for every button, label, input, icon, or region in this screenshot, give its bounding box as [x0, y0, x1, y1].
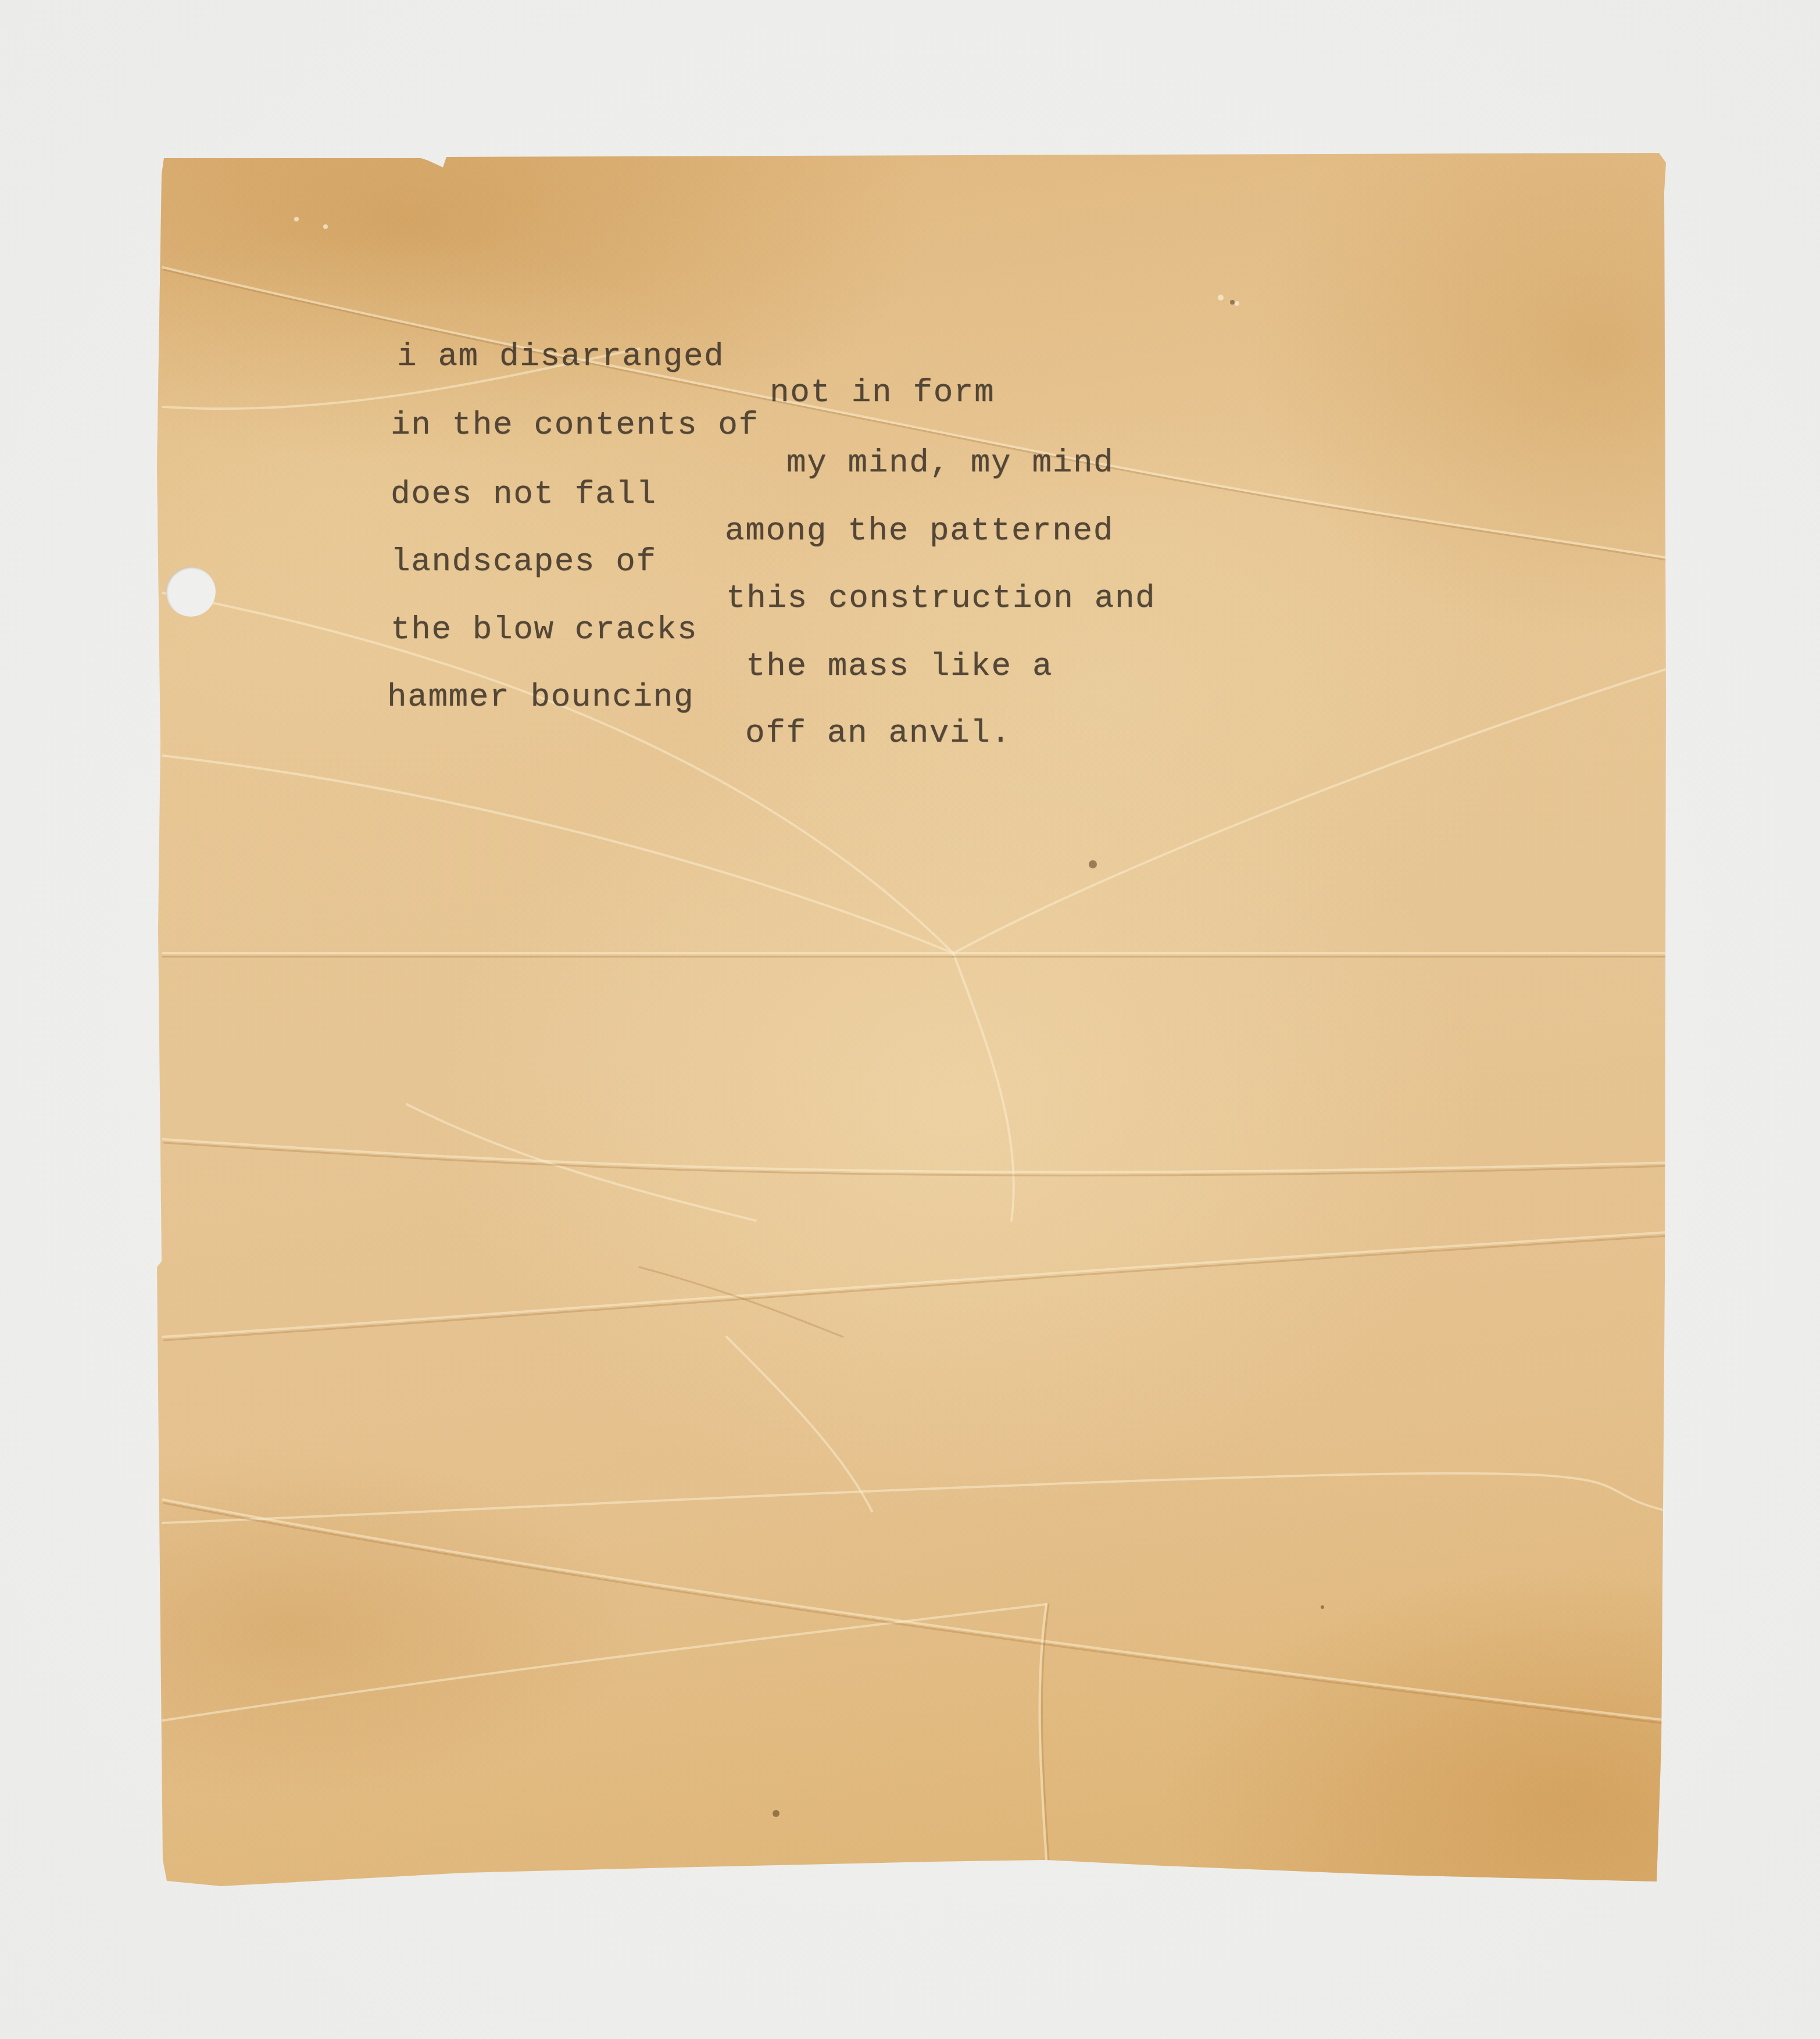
- poem-line-7: landscapes of: [391, 545, 657, 578]
- poem-line-4: my mind, my mind: [786, 446, 1114, 479]
- poem-line-5: does not fall: [391, 478, 657, 510]
- poem-line-1: i am disarranged: [397, 340, 724, 373]
- poem-line-3: in the contents of: [391, 409, 759, 441]
- poem-line-10: the mass like a: [746, 650, 1053, 682]
- poem-line-2: not in form: [770, 376, 995, 409]
- poem-line-6: among the patterned: [725, 514, 1114, 547]
- poem-line-12: off an anvil.: [745, 717, 1011, 749]
- poem-line-8: this construction and: [726, 582, 1156, 614]
- typewritten-poem: i am disarranged not in form in the cont…: [0, 0, 1820, 2039]
- poem-line-11: hammer bouncing: [387, 681, 694, 713]
- poem-line-9: the blow cracks: [391, 613, 698, 646]
